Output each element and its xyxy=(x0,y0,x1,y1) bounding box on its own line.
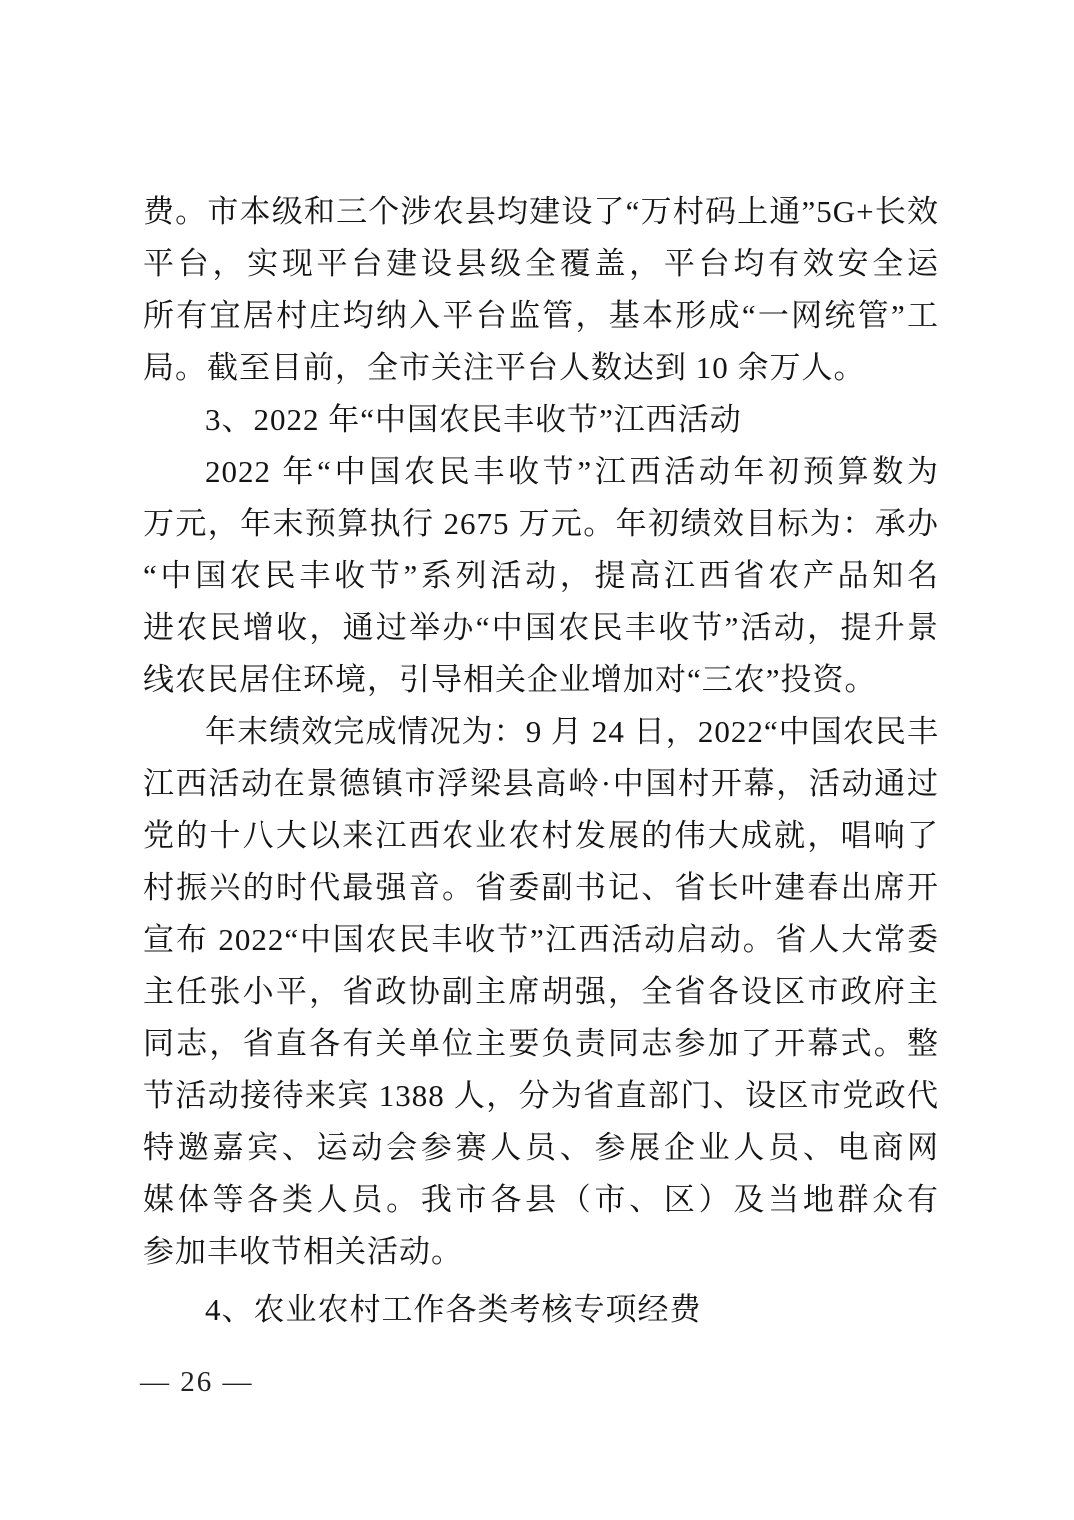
text-line: 村振兴的时代最强音。省委副书记、省长叶建春出席开幕式并 xyxy=(143,862,939,914)
paragraph: 3、2022 年“中国农民丰收节”江西活动 xyxy=(143,394,939,446)
text-line: 主任张小平，省政协副主席胡强，全省各设区市政府主要负责 xyxy=(143,966,939,1018)
text-line: 特邀嘉宾、运动会参赛人员、参展企业人员、电商网红、新闻 xyxy=(143,1122,939,1174)
paragraph: 4、农业农村工作各类考核专项经费 xyxy=(143,1284,939,1336)
text-line: 同志，省直各有关单位主要负责同志参加了开幕式。整个丰收 xyxy=(143,1018,939,1070)
text-line: 宣布 2022“中国农民丰收节”江西活动启动。省人大常委会副 xyxy=(143,914,939,966)
section-heading: 3、2022 年“中国农民丰收节”江西活动 xyxy=(143,394,939,446)
document-body: 费。市本级和三个涉农县均建设了“万村码上通”5G+长效管护 平台，实现平台建设县… xyxy=(143,186,939,1336)
paragraph: 年末绩效完成情况为：9 月 24 日，2022“中国农民丰收节” 江西活动在景德… xyxy=(143,706,939,1278)
text-line: 媒体等各类人员。我市各县（市、区）及当地群众有 2000 余人 xyxy=(143,1174,939,1226)
text-line: 进农民增收，通过举办“中国农民丰收节”活动，提升景瑶沿 xyxy=(143,602,939,654)
text-line: 党的十八大以来江西农业农村发展的伟大成就，唱响了江西乡 xyxy=(143,810,939,862)
text-line: 平台，实现平台建设县级全覆盖，平台均有效安全运行，全市 xyxy=(143,238,939,290)
text-line: 线农民居住环境，引导相关企业增加对“三农”投资。 xyxy=(143,654,939,706)
text-line: 2022 年“中国农民丰收节”江西活动年初预算数为 3000 xyxy=(143,446,939,498)
text-line: 局。截至目前，全市关注平台人数达到 10 余万人。 xyxy=(143,342,939,394)
text-line: 万元，年末预算执行 2675 万元。年初绩效目标为：承办江西省 xyxy=(143,498,939,550)
paragraph: 2022 年“中国农民丰收节”江西活动年初预算数为 3000 万元，年末预算执行… xyxy=(143,446,939,706)
text-line: 江西活动在景德镇市浮梁县高岭·中国村开幕，活动通过回望 xyxy=(143,758,939,810)
text-line: 节活动接待来宾 1388 人，分为省直部门、设区市党政代表团、 xyxy=(143,1070,939,1122)
page-number: — 26 — xyxy=(140,1362,254,1402)
text-line: 参加丰收节相关活动。 xyxy=(143,1226,939,1278)
section-heading: 4、农业农村工作各类考核专项经费 xyxy=(143,1284,939,1336)
text-line: 年末绩效完成情况为：9 月 24 日，2022“中国农民丰收节” xyxy=(143,706,939,758)
document-page: 费。市本级和三个涉农县均建设了“万村码上通”5G+长效管护 平台，实现平台建设县… xyxy=(0,0,1074,1520)
text-line: 所有宜居村庄均纳入平台监管，基本形成“一网统管”工作格 xyxy=(143,290,939,342)
text-line: 费。市本级和三个涉农县均建设了“万村码上通”5G+长效管护 xyxy=(143,186,939,238)
paragraph: 费。市本级和三个涉农县均建设了“万村码上通”5G+长效管护 平台，实现平台建设县… xyxy=(143,186,939,394)
text-line: “中国农民丰收节”系列活动，提高江西省农产品知名度，促 xyxy=(143,550,939,602)
